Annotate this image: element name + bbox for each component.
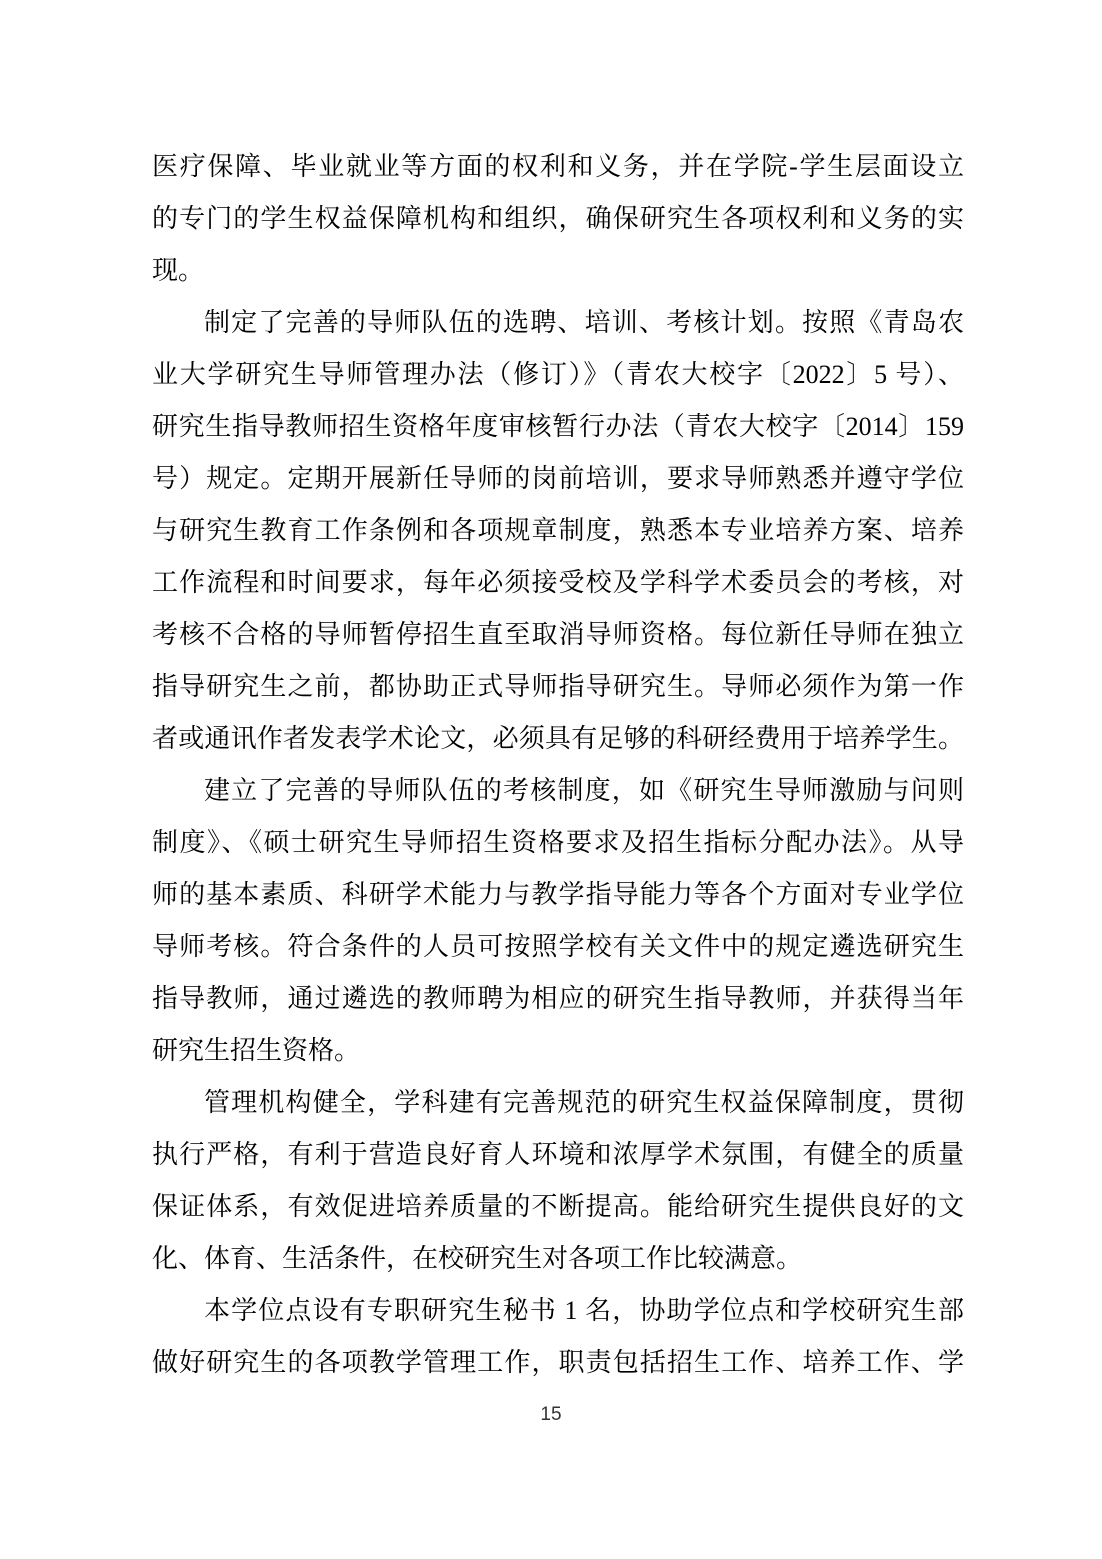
paragraph: 本学位点设有专职研究生秘书 1 名，协助学位点和学校研究生部 做好研究生的各项教…	[152, 1285, 964, 1389]
paragraph: 建立了完善的导师队伍的考核制度，如《研究生导师激励与问则 制度》、《硕士研究生导…	[152, 765, 964, 1077]
text-line: 者或通讯作者发表学术论文，必须具有足够的科研经费用于培养学生。	[152, 713, 964, 765]
paragraph: 管理机构健全，学科建有完善规范的研究生权益保障制度，贯彻 执行严格，有利于营造良…	[152, 1077, 964, 1285]
text-line: 保证体系，有效促进培养质量的不断提高。能给研究生提供良好的文	[152, 1181, 964, 1233]
text-line: 业大学研究生导师管理办法（修订）》（青农大校字〔2022〕5 号）、	[152, 349, 964, 401]
text-line: 医疗保障、毕业就业等方面的权利和义务，并在学院-学生层面设立	[152, 141, 964, 193]
document-page: 医疗保障、毕业就业等方面的权利和义务，并在学院-学生层面设立 的专门的学生权益保…	[0, 0, 1102, 1559]
text-line: 化、体育、生活条件，在校研究生对各项工作比较满意。	[152, 1233, 964, 1285]
page-number: 15	[540, 1404, 561, 1425]
text-line: 导师考核。符合条件的人员可按照学校有关文件中的规定遴选研究生	[152, 921, 964, 973]
text-line: 做好研究生的各项教学管理工作，职责包括招生工作、培养工作、学	[152, 1337, 964, 1389]
text-line: 师的基本素质、科研学术能力与教学指导能力等各个方面对专业学位	[152, 869, 964, 921]
text-line: 制定了完善的导师队伍的选聘、培训、考核计划。按照《青岛农	[152, 297, 964, 349]
page-footer: 15	[0, 1404, 1102, 1426]
paragraph: 制定了完善的导师队伍的选聘、培训、考核计划。按照《青岛农 业大学研究生导师管理办…	[152, 297, 964, 765]
text-line: 研究生指导教师招生资格年度审核暂行办法（青农大校字〔2014〕159	[152, 401, 964, 453]
document-text: 医疗保障、毕业就业等方面的权利和义务，并在学院-学生层面设立 的专门的学生权益保…	[152, 141, 964, 1389]
text-line: 执行严格，有利于营造良好育人环境和浓厚学术氛围，有健全的质量	[152, 1129, 964, 1181]
text-line: 管理机构健全，学科建有完善规范的研究生权益保障制度，贯彻	[152, 1077, 964, 1129]
paragraph: 医疗保障、毕业就业等方面的权利和义务，并在学院-学生层面设立 的专门的学生权益保…	[152, 141, 964, 297]
text-line: 建立了完善的导师队伍的考核制度，如《研究生导师激励与问则	[152, 765, 964, 817]
text-line: 指导教师，通过遴选的教师聘为相应的研究生指导教师，并获得当年	[152, 973, 964, 1025]
text-line: 的专门的学生权益保障机构和组织，确保研究生各项权利和义务的实	[152, 193, 964, 245]
text-line: 与研究生教育工作条例和各项规章制度，熟悉本专业培养方案、培养	[152, 505, 964, 557]
text-line: 指导研究生之前，都协助正式导师指导研究生。导师必须作为第一作	[152, 661, 964, 713]
text-line: 制度》、《硕士研究生导师招生资格要求及招生指标分配办法》。从导	[152, 817, 964, 869]
text-line: 号）规定。定期开展新任导师的岗前培训，要求导师熟悉并遵守学位	[152, 453, 964, 505]
text-line: 现。	[152, 245, 964, 297]
text-line: 工作流程和时间要求，每年必须接受校及学科学术委员会的考核，对	[152, 557, 964, 609]
text-line: 研究生招生资格。	[152, 1025, 964, 1077]
text-line: 本学位点设有专职研究生秘书 1 名，协助学位点和学校研究生部	[152, 1285, 964, 1337]
text-line: 考核不合格的导师暂停招生直至取消导师资格。每位新任导师在独立	[152, 609, 964, 661]
